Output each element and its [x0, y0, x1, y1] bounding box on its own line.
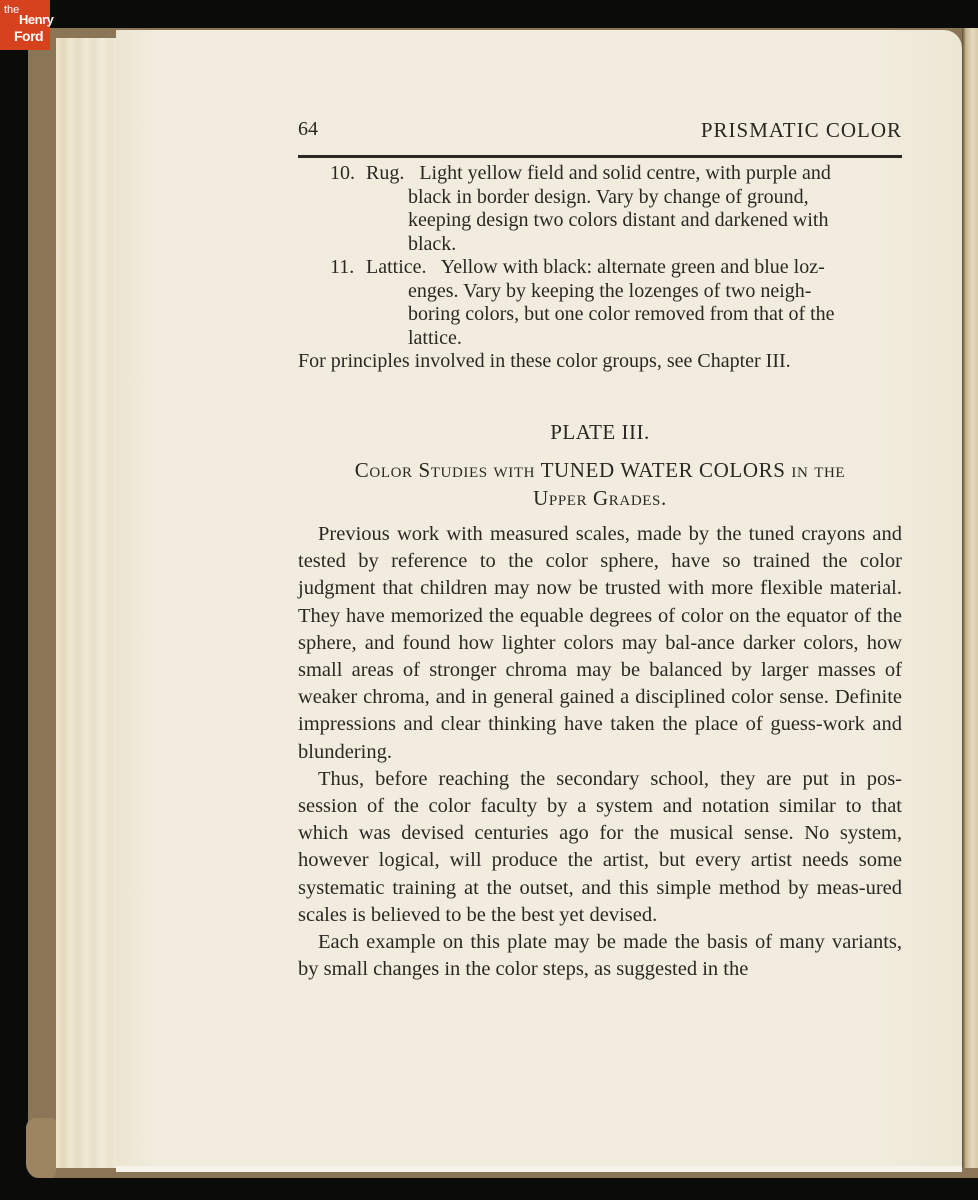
paragraph: Each example on this plate may be made t…: [298, 929, 902, 983]
header-rule: [298, 155, 902, 158]
paragraph: Previous work with measured scales, made…: [298, 521, 902, 766]
subtitle-part: in the: [791, 458, 845, 482]
page-number: 64: [298, 118, 318, 141]
page-bottom-edge: [116, 1166, 962, 1172]
item-line: enges. Vary by keeping the lozenges of t…: [408, 280, 902, 304]
item-line: lattice.: [408, 327, 902, 351]
numbered-list: 10. Rug. Light yellow field and solid ce…: [298, 162, 902, 374]
item-line: black.: [408, 233, 902, 257]
item-line: Lattice. Yellow with black: alternate gr…: [366, 256, 902, 280]
subtitle-part: Upper Grades.: [533, 486, 667, 510]
subtitle-part: TUNED WATER COLORS: [541, 458, 786, 482]
item-line: Rug. Light yellow field and solid centre…: [366, 162, 902, 186]
item-number: 10.: [330, 162, 355, 186]
subtitle-part: Color Studies with: [355, 458, 535, 482]
logo-prefix: the: [4, 5, 19, 16]
logo-line-2: Ford: [14, 29, 43, 43]
body-text: Previous work with measured scales, made…: [298, 521, 902, 983]
page-text: 64 PRISMATIC COLOR 10. Rug. Light yellow…: [298, 118, 902, 148]
item-number: 11.: [330, 256, 354, 280]
cover-corner: [26, 1118, 56, 1178]
paragraph: Thus, before reaching the secondary scho…: [298, 766, 902, 929]
item-line: boring colors, but one color removed fro…: [408, 303, 902, 327]
item-line: keeping design two colors distant and da…: [408, 209, 902, 233]
page-stack-edge: [56, 38, 116, 1168]
list-item-10: 10. Rug. Light yellow field and solid ce…: [298, 162, 902, 256]
henry-ford-logo: the Henry Ford: [0, 0, 50, 50]
running-head: 64 PRISMATIC COLOR: [298, 118, 902, 148]
list-item-11: 11. Lattice. Yellow with black: alternat…: [298, 256, 902, 350]
logo-line-1: Henry: [19, 13, 53, 26]
item-line: black in border design. Vary by change o…: [408, 186, 902, 210]
right-page-edge: [962, 28, 978, 1168]
chapter-reference-note: For principles involved in these color g…: [298, 350, 902, 374]
plate-subtitle: Color Studies with TUNED WATER COLORS in…: [298, 456, 902, 512]
plate-title: PLATE III.: [298, 420, 902, 445]
running-title: PRISMATIC COLOR: [701, 118, 902, 143]
